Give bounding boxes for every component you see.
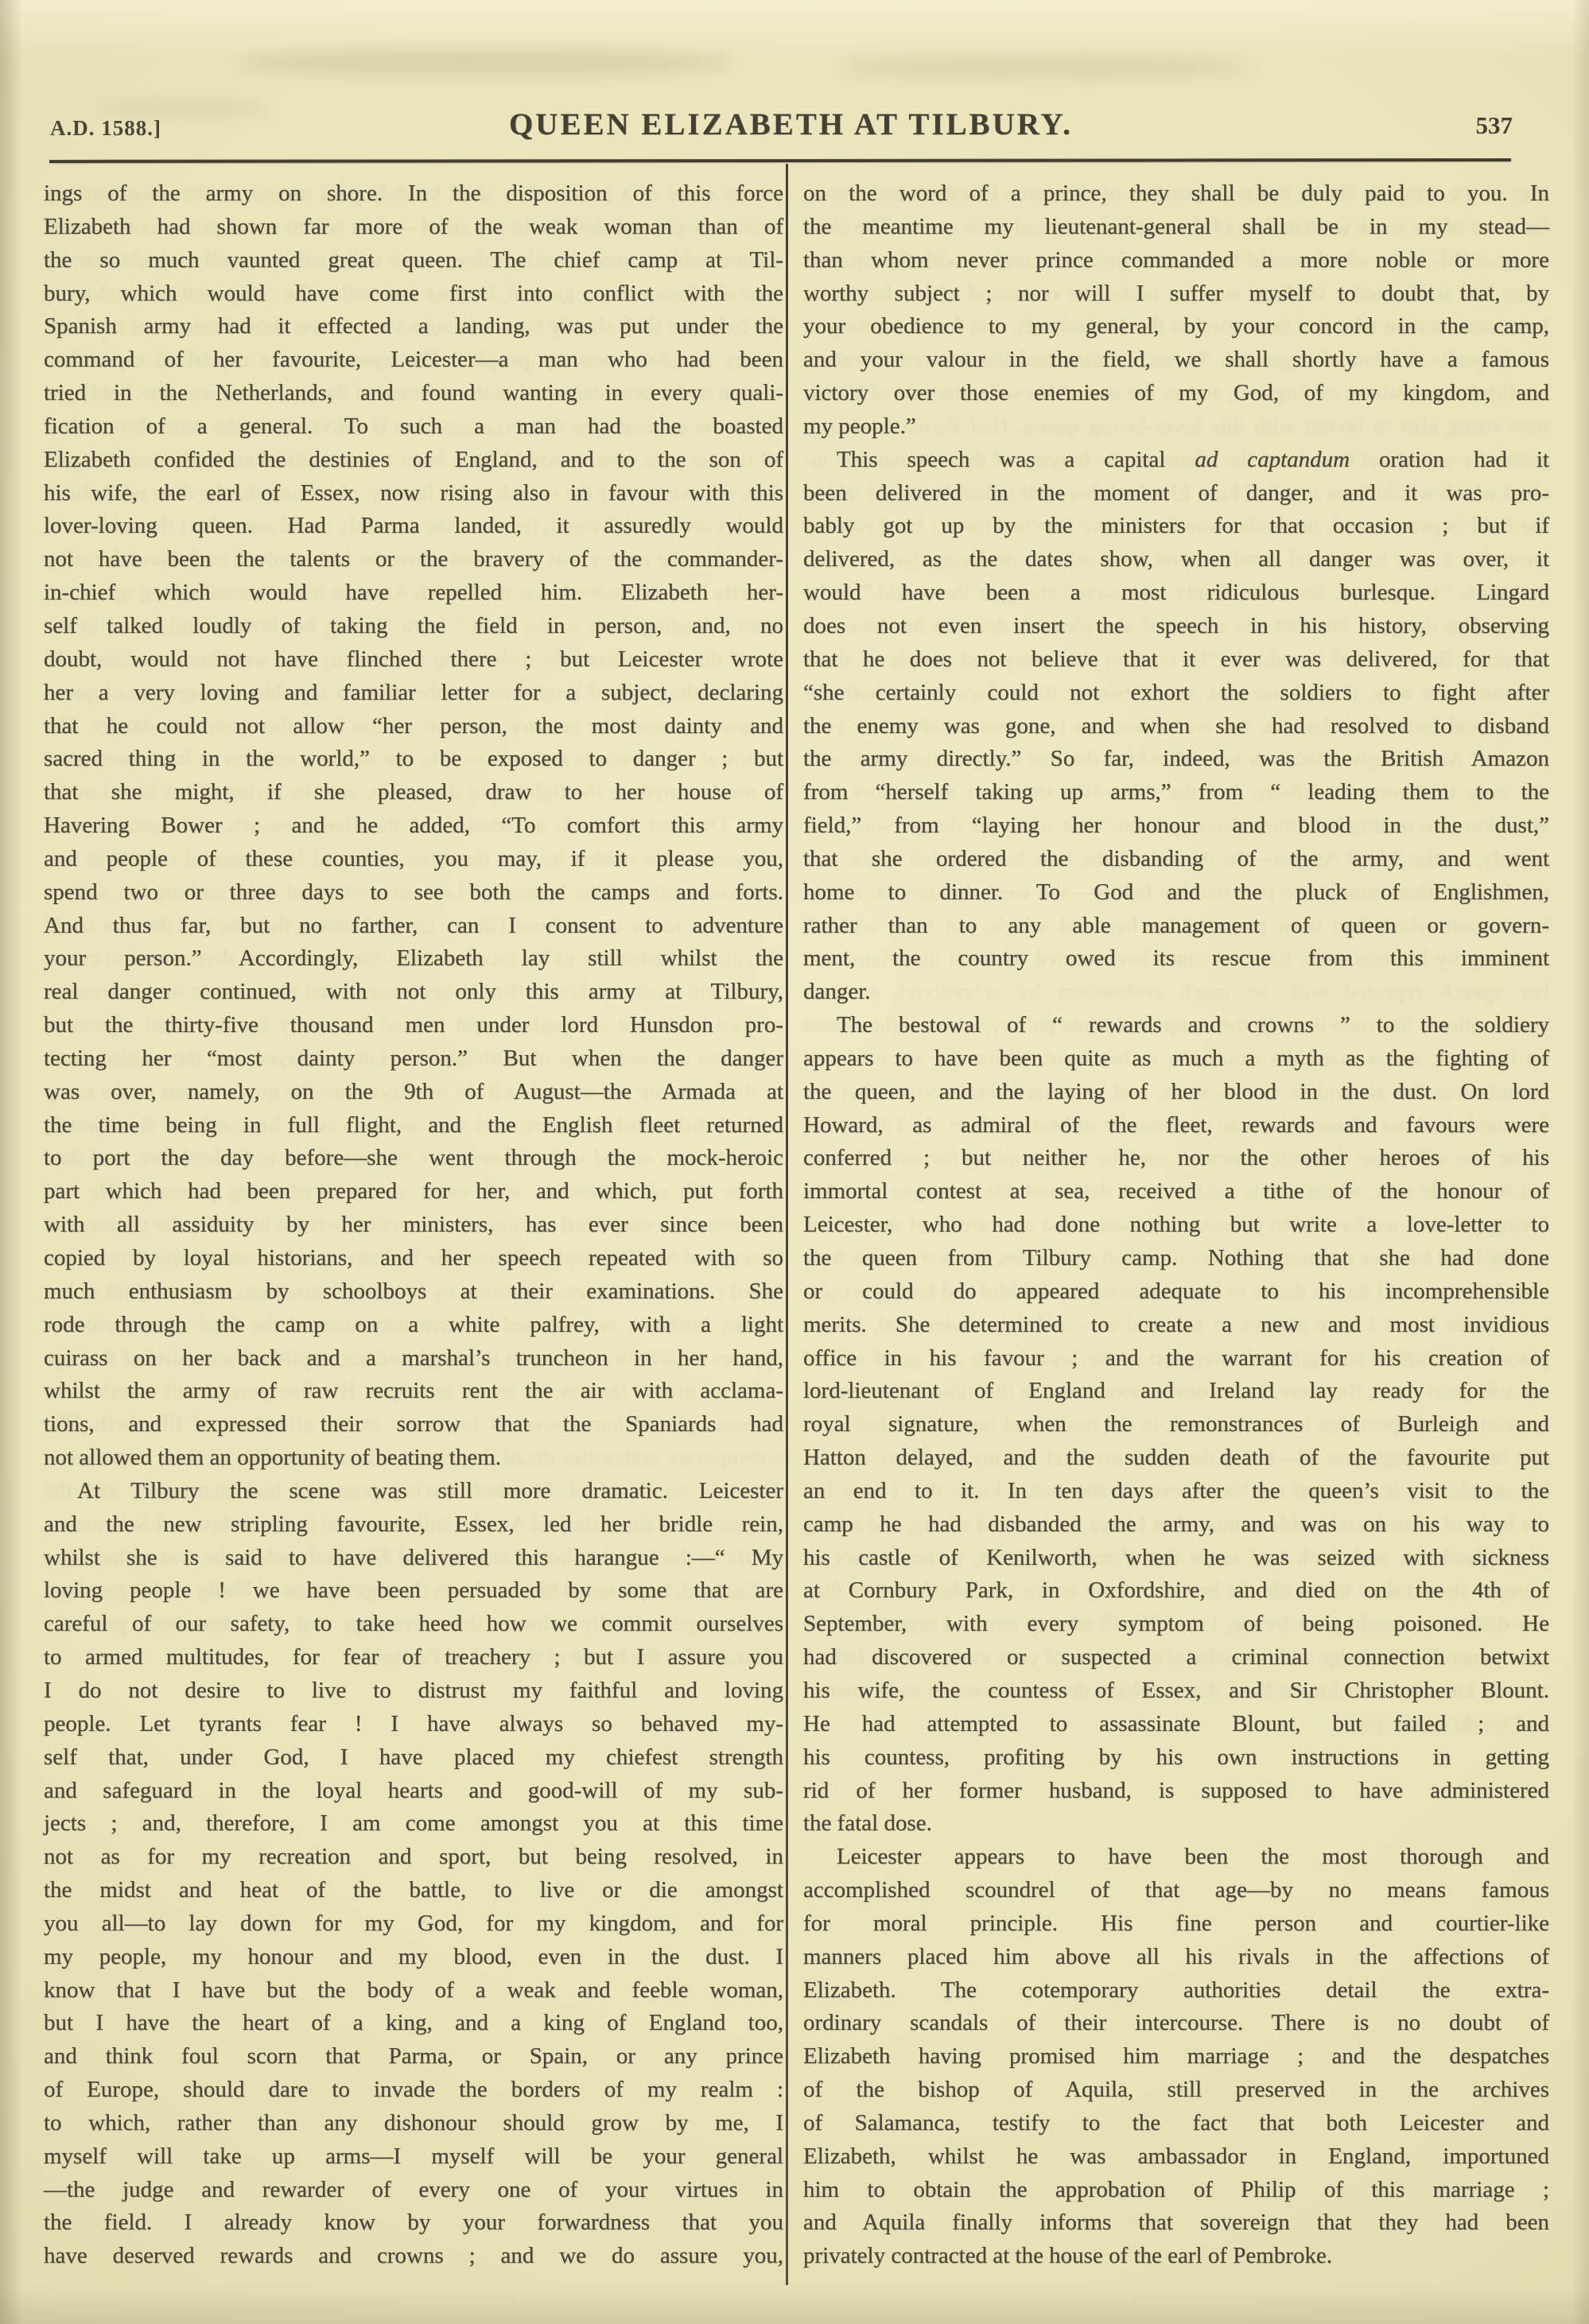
text-line: people. Let tyrants fear ! I have always… — [44, 1708, 783, 1741]
text-line: manners placed him above all his rivals … — [803, 1941, 1549, 1974]
text-line: He had attempted to assassinate Blount, … — [803, 1708, 1549, 1741]
text-column-right: on the word of a prince, they shall be d… — [803, 177, 1549, 2273]
text-line: of the bishop of Aquila, still preserved… — [803, 2074, 1549, 2107]
text-line: jects ; and, therefore, I am come amongs… — [44, 1807, 783, 1841]
text-line: appears to have been quite as much a myt… — [803, 1042, 1549, 1076]
bleedthrough-smudge — [835, 56, 1249, 80]
text-line: part which had been prepared for her, an… — [44, 1175, 783, 1209]
column-divider — [786, 164, 788, 2285]
text-line: command of her favourite, Leicester—a ma… — [44, 343, 783, 377]
header-rule — [49, 158, 1511, 163]
text-line: lover-loving queen. Had Parma landed, it… — [44, 510, 783, 543]
text-line: bury, which would have come first into c… — [44, 277, 783, 311]
text-line: at Cornbury Park, in Oxfordshire, and di… — [803, 1574, 1549, 1608]
text-line: that she might, if she pleased, draw to … — [44, 776, 783, 809]
text-line: for moral principle. His fine person and… — [803, 1907, 1549, 1941]
text-line: your person.” Accordingly, Elizabeth lay… — [44, 942, 783, 976]
text-line: to port the day before—she went through … — [44, 1142, 783, 1175]
running-title: QUEEN ELIZABETH AT TILBURY. — [509, 107, 1073, 142]
text-line: with all assiduity by her ministers, has… — [44, 1209, 783, 1242]
text-line: on the word of a prince, they shall be d… — [803, 177, 1549, 211]
text-line: the time being in full flight, and the E… — [44, 1109, 783, 1143]
text-line: the enemy was gone, and when she had res… — [803, 710, 1549, 743]
text-line: would have been a most ridiculous burles… — [803, 576, 1549, 610]
text-line: of Salamanca, testify to the fact that b… — [803, 2107, 1549, 2140]
text-line: doubt, would not have flinched there ; b… — [44, 643, 783, 677]
text-column-left: ings of the army on shore. In the dispos… — [44, 177, 783, 2273]
text-line: the fatal dose. — [803, 1807, 1549, 1841]
text-line: At Tilbury the scene was still more dram… — [44, 1475, 783, 1508]
text-line: the so much vaunted great queen. The chi… — [44, 244, 783, 277]
text-line: his wife, the earl of Essex, now rising … — [44, 477, 783, 510]
page-number: 537 — [1476, 111, 1513, 140]
text-line: myself will take up arms—I myself will b… — [44, 2140, 783, 2174]
text-line: sacred thing in the world,” to be expose… — [44, 743, 783, 776]
text-line: rode through the camp on a white palfrey… — [44, 1309, 783, 1342]
text-line: Leicester appears to have been the most … — [803, 1841, 1549, 1874]
text-line: copied by loyal historians, and her spee… — [44, 1242, 783, 1275]
text-line: and think foul scorn that Parma, or Spai… — [44, 2040, 783, 2074]
text-line: immortal contest at sea, received a tith… — [803, 1175, 1549, 1209]
text-line: the queen from Tilbury camp. Nothing tha… — [803, 1242, 1549, 1275]
text-line: have deserved rewards and crowns ; and w… — [44, 2240, 783, 2273]
text-line: home to dinner. To God and the pluck of … — [803, 876, 1549, 910]
text-line: lord-lieutenant of England and Ireland l… — [803, 1375, 1549, 1408]
text-line: Elizabeth having promised him marriage ;… — [803, 2040, 1549, 2074]
page-header: A.D. 1588.] QUEEN ELIZABETH AT TILBURY. … — [44, 102, 1549, 153]
text-line: his wife, the countess of Essex, and Sir… — [803, 1674, 1549, 1708]
text-line: September, with every symptom of being p… — [803, 1608, 1549, 1641]
text-line: tions, and expressed their sorrow that t… — [44, 1408, 783, 1441]
text-line: much enthusiasm by schoolboys at their e… — [44, 1275, 783, 1309]
text-line: Hatton delayed, and the sudden death of … — [803, 1441, 1549, 1475]
text-line: Elizabeth confided the destinies of Engl… — [44, 444, 783, 477]
text-line: Elizabeth. The cotemporary authorities d… — [803, 1974, 1549, 2008]
text-line: that he does not believe that it ever wa… — [803, 643, 1549, 677]
text-line: fication of a general. To such a man had… — [44, 410, 783, 444]
text-line: And thus far, but no farther, can I cons… — [44, 910, 783, 943]
bleedthrough-smudge — [239, 49, 732, 76]
text-line: privately contracted at the house of the… — [803, 2240, 1549, 2273]
text-line: does not even insert the speech in his h… — [803, 610, 1549, 643]
text-line: to armed multitudes, for fear of treache… — [44, 1641, 783, 1674]
text-line: not allowed them an opportunity of beati… — [44, 1441, 783, 1475]
text-line: that she ordered the disbanding of the a… — [803, 843, 1549, 876]
text-line: “she certainly could not exhort the sold… — [803, 677, 1549, 710]
text-line: and the new stripling favourite, Essex, … — [44, 1508, 783, 1542]
text-line: ment, the country owed its rescue from t… — [803, 942, 1549, 976]
text-line: tecting her “most dainty person.” But wh… — [44, 1042, 783, 1076]
text-line: royal signature, when the remonstrances … — [803, 1408, 1549, 1441]
text-line: than whom never prince commanded a more … — [803, 244, 1549, 277]
text-line: and Aquila finally informs that sovereig… — [803, 2206, 1549, 2240]
date-label: A.D. 1588.] — [50, 116, 161, 141]
text-line: and your valour in the field, we shall s… — [803, 343, 1549, 377]
text-line: but I have the heart of a king, and a ki… — [44, 2007, 783, 2040]
text-line: of Europe, should dare to invade the bor… — [44, 2074, 783, 2107]
text-line: Elizabeth had shown far more of the weak… — [44, 211, 783, 244]
text-line: Howard, as admiral of the fleet, rewards… — [803, 1109, 1549, 1143]
text-line: or could do appeared adequate to his inc… — [803, 1275, 1549, 1309]
text-line: my people.” — [803, 410, 1549, 444]
text-line: to which, rather than any dishonour shou… — [44, 2107, 783, 2140]
text-line: the queen, and the laying of her blood i… — [803, 1076, 1549, 1109]
text-line: careful of our safety, to take heed how … — [44, 1608, 783, 1641]
text-line: merits. She determined to create a new a… — [803, 1309, 1549, 1342]
text-line: danger. — [803, 976, 1549, 1009]
text-line: cuirass on her back and a marshal’s trun… — [44, 1342, 783, 1375]
text-line: was over, namely, on the 9th of August—t… — [44, 1076, 783, 1109]
text-line: from “herself taking up arms,” from “ le… — [803, 776, 1549, 809]
text-line: worthy subject ; nor will I suffer mysel… — [803, 277, 1549, 311]
text-line: rid of her former husband, is supposed t… — [803, 1775, 1549, 1808]
text-line: rather than to any able management of qu… — [803, 910, 1549, 943]
text-line: had discovered or suspected a criminal c… — [803, 1641, 1549, 1674]
text-line: that he could not allow “her person, the… — [44, 710, 783, 743]
book-page-scan: A.D. 1588.] QUEEN ELIZABETH AT TILBURY. … — [0, 0, 1589, 2324]
text-line: —the judge and rewarder of every one of … — [44, 2174, 783, 2207]
text-line: self that, under God, I have placed my c… — [44, 1741, 783, 1775]
text-line: him to obtain the approbation of Philip … — [803, 2174, 1549, 2207]
text-line: and safeguard in the loyal hearts and go… — [44, 1775, 783, 1808]
text-line: The bestowal of “ rewards and crowns ” t… — [803, 1009, 1549, 1042]
text-line: ings of the army on shore. In the dispos… — [44, 177, 783, 211]
text-line: my people, my honour and my blood, even … — [44, 1941, 783, 1974]
text-line: the field. I already know by your forwar… — [44, 2206, 783, 2240]
text-line: real danger continued, with not only thi… — [44, 976, 783, 1009]
text-line: in-chief which would have repelled him. … — [44, 576, 783, 610]
text-line: the midst and heat of the battle, to liv… — [44, 1874, 783, 1907]
text-line: tried in the Netherlands, and found want… — [44, 377, 783, 410]
text-line: whilst the army of raw recruits rent the… — [44, 1375, 783, 1408]
text-line: know that I have but the body of a weak … — [44, 1974, 783, 2008]
text-line: and people of these counties, you may, i… — [44, 843, 783, 876]
text-line: his countess, profiting by his own instr… — [803, 1741, 1549, 1775]
text-line: an end to it. In ten days after the quee… — [803, 1475, 1549, 1508]
text-line: the army directly.” So far, indeed, was … — [803, 743, 1549, 776]
text-line: Leicester, who had done nothing but writ… — [803, 1209, 1549, 1242]
text-line: you all—to lay down for my God, for my k… — [44, 1907, 783, 1941]
text-line: conferred ; but neither he, nor the othe… — [803, 1142, 1549, 1175]
text-line: camp he had disbanded the army, and was … — [803, 1508, 1549, 1542]
text-line: her a very loving and familiar letter fo… — [44, 677, 783, 710]
text-line: but the thirty-five thousand men under l… — [44, 1009, 783, 1042]
text-line: Havering Bower ; and he added, “To comfo… — [44, 809, 783, 843]
text-line: victory over those enemies of my God, of… — [803, 377, 1549, 410]
text-line: self talked loudly of taking the field i… — [44, 610, 783, 643]
text-line: Elizabeth, whilst he was ambassador in E… — [803, 2140, 1549, 2174]
text-line: spend two or three days to see both the … — [44, 876, 783, 910]
text-line: field,” from “laying her honour and bloo… — [803, 809, 1549, 843]
text-line: delivered, as the dates show, when all d… — [803, 543, 1549, 576]
text-line: your obedience to my general, by your co… — [803, 310, 1549, 343]
text-line: This speech was a capital ad captandum o… — [803, 444, 1549, 477]
text-line: whilst she is said to have delivered thi… — [44, 1542, 783, 1575]
text-line: Spanish army had it effected a landing, … — [44, 310, 783, 343]
text-line: accomplished scoundrel of that age—by no… — [803, 1874, 1549, 1907]
text-line: office in his favour ; and the warrant f… — [803, 1342, 1549, 1375]
text-line: his castle of Kenilworth, when he was se… — [803, 1542, 1549, 1575]
text-line: been delivered in the moment of danger, … — [803, 477, 1549, 510]
text-line: loving people ! we have been persuaded b… — [44, 1574, 783, 1608]
text-line: the meantime my lieutenant-general shall… — [803, 211, 1549, 244]
text-line: bably got up by the ministers for that o… — [803, 510, 1549, 543]
text-line: not have been the talents or the bravery… — [44, 543, 783, 576]
text-line: I do not desire to live to distrust my f… — [44, 1674, 783, 1708]
text-line: ordinary scandals of their intercourse. … — [803, 2007, 1549, 2040]
text-line: not as for my recreation and sport, but … — [44, 1841, 783, 1874]
